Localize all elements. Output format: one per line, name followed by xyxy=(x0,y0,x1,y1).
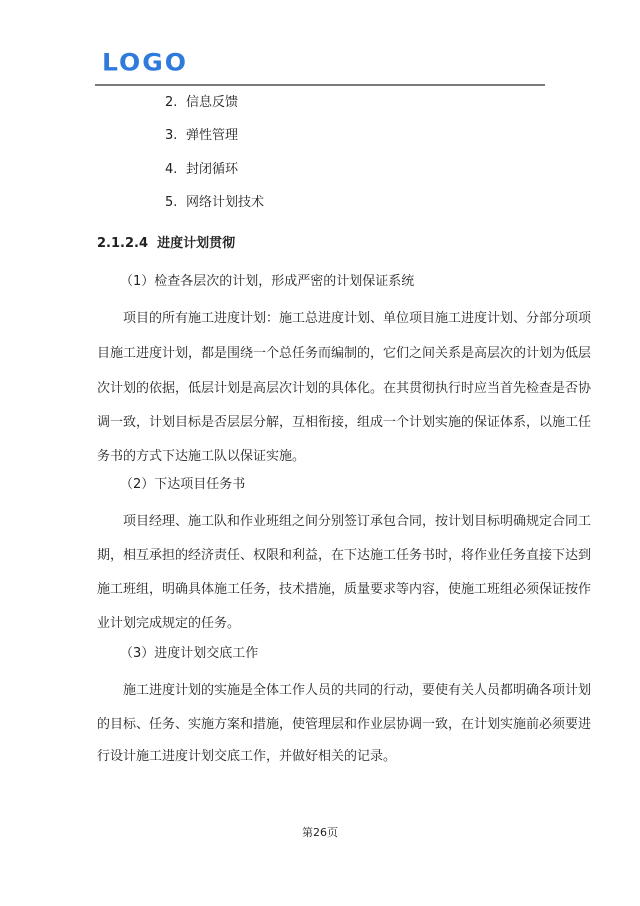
paragraph-line: 施工班组，明确具体施工任务，技术措施，质量要求等内容，使施工班组必须保证按作 xyxy=(97,581,543,599)
paragraph-line: 业计划完成规定的任务。 xyxy=(97,615,543,633)
list-number: 5. xyxy=(165,194,186,212)
header-divider xyxy=(95,84,545,86)
page-number: 第26页 xyxy=(0,826,640,840)
subsection-heading: （1）检查各层次的计划，形成严密的计划保证系统 xyxy=(120,273,414,291)
list-item: 2.信息反馈 xyxy=(165,94,238,112)
paragraph-line: 项目的所有施工进度计划：施工总进度计划、单位项目施工进度计划、分部分项项 xyxy=(123,310,543,328)
list-number: 2. xyxy=(165,94,186,112)
paragraph-line: 务书的方式下达施工队以保证实施。 xyxy=(97,448,543,466)
list-item: 5.网络计划技术 xyxy=(165,194,264,212)
list-number: 3. xyxy=(165,127,186,145)
paragraph-line: 项目经理、施工队和作业班组之间分别签订承包合同，按计划目标明确规定合同工 xyxy=(123,513,543,531)
paragraph-line: 的目标、任务、实施方案和措施，使管理层和作业层协调一致，在计划实施前必须要进 xyxy=(97,716,543,734)
paragraph-line: 期，相互承担的经济责任、权限和利益，在下达施工任务书时，将作业任务直接下达到 xyxy=(97,547,543,565)
paragraph-line: 调一致，计划目标是否层层分解，互相衔接，组成一个计划实施的保证体系，以施工任 xyxy=(97,414,543,432)
logo: LOGO xyxy=(102,51,188,76)
list-item: 3.弹性管理 xyxy=(165,127,238,145)
subsection-heading: （3）进度计划交底工作 xyxy=(120,645,258,663)
section-title: 进度计划贯彻 xyxy=(157,236,235,251)
section-number: 2.1.2.4 xyxy=(97,236,148,251)
section-heading: 2.1.2.4 进度计划贯彻 xyxy=(97,235,235,253)
list-number: 4. xyxy=(165,161,186,179)
list-text: 网络计划技术 xyxy=(186,195,264,210)
paragraph-line: 次计划的依据，低层计划是高层次计划的具体化。在其贯彻执行时应当首先检查是否协 xyxy=(97,380,543,398)
subsection-heading: （2）下达项目任务书 xyxy=(120,476,245,494)
list-item: 4.封闭循环 xyxy=(165,161,238,179)
list-text: 信息反馈 xyxy=(186,95,238,110)
paragraph-line: 施工进度计划的实施是全体工作人员的共同的行动，要使有关人员都明确各项计划 xyxy=(123,682,543,700)
list-text: 弹性管理 xyxy=(186,128,238,143)
paragraph-line: 目施工进度计划，都是围绕一个总任务而编制的，它们之间关系是高层次的计划为低层 xyxy=(97,345,543,363)
list-text: 封闭循环 xyxy=(186,162,238,177)
paragraph-line: 行设计施工进度计划交底工作，并做好相关的记录。 xyxy=(97,748,543,766)
